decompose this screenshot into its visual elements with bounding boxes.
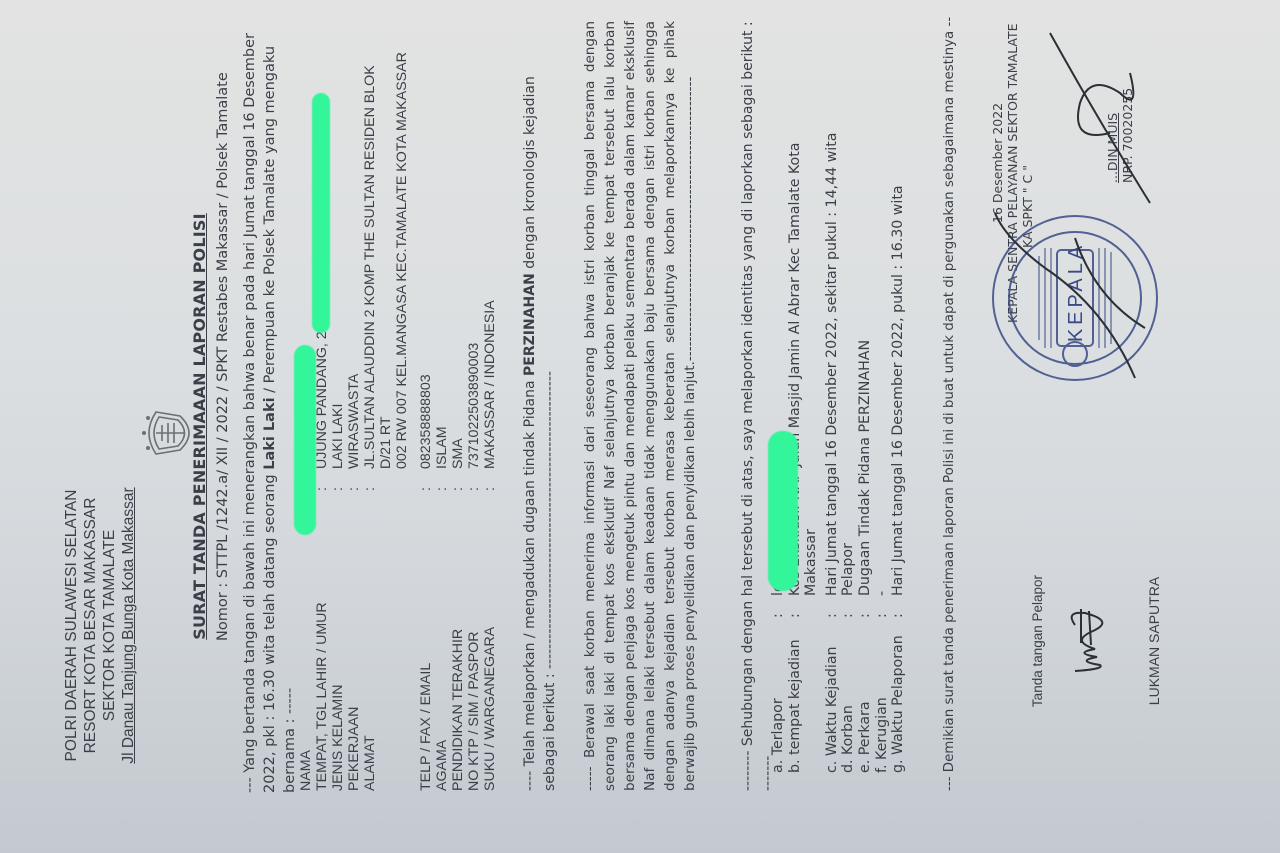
identity-value: JL.SULTAN ALAUDDIN 2 KOMP THE SULTAN RES… bbox=[362, 49, 394, 469]
report-label bbox=[803, 618, 820, 773]
report-row: a. Terlapor:le[redacted] bbox=[770, 76, 787, 773]
identity-sep bbox=[394, 469, 410, 491]
identity-value: LAKI LAKI bbox=[330, 49, 346, 469]
report-sep: : bbox=[890, 596, 907, 618]
identity-value: MAKASSAR / INDONESIA bbox=[482, 49, 498, 469]
report-value: Hari Jumat tanggal 16 Desember 2022, sek… bbox=[824, 76, 841, 596]
reporter-name: LUKMAN SAPUTRA bbox=[1146, 541, 1162, 741]
identity-label: JENIS KELAMIN bbox=[330, 491, 346, 791]
identity-value: SMA bbox=[450, 49, 466, 469]
report-label: b. tempat kejadian bbox=[787, 618, 804, 773]
document-number: Nomor : STTPL /1242.a/ XII / 2022 / SPKT… bbox=[215, 72, 231, 641]
reported-party-table: a. Terlapor:le[redacted]b. tempat kejadi… bbox=[770, 76, 907, 773]
report-sep: : bbox=[787, 596, 804, 618]
police-report-document: POLRI DAERAH SULAWESI SELATAN RESORT KOT… bbox=[0, 0, 1280, 853]
identity-row: AGAMA:ISLAM bbox=[434, 49, 450, 791]
identity-label: PEKERJAAN bbox=[346, 491, 362, 791]
chronology-paragraph: ----- Berawal saat korban menerima infor… bbox=[580, 21, 700, 791]
identity-label: ALAMAT bbox=[362, 491, 394, 791]
identity-row: SUKU / WARGANEGARA:MAKASSAR / INDONESIA bbox=[482, 49, 498, 791]
identity-value: ISLAM bbox=[434, 49, 450, 469]
identity-sep: : bbox=[314, 469, 330, 491]
report-value: Makassar bbox=[803, 76, 820, 596]
identity-sep: : bbox=[330, 469, 346, 491]
report-label: a. Terlapor bbox=[770, 618, 787, 773]
report-sep: : bbox=[824, 596, 841, 618]
letterhead-address: Jl Danau Tanjung Bunga Kota Makassar bbox=[119, 453, 138, 798]
identity-label: TELP / FAX / EMAIL bbox=[418, 491, 434, 791]
officer-signature-icon bbox=[1040, 23, 1160, 213]
letterhead-line-3: SEKTOR KOTA TAMALATE bbox=[100, 453, 119, 798]
redaction-mark-name bbox=[294, 345, 316, 535]
identity-value: 7371022503890003 bbox=[466, 49, 482, 469]
identity-value: 002 RW 007 KEL.MANGASA KEC.TAMALATE KOTA… bbox=[394, 49, 410, 469]
identity-row: PEKERJAAN:WIRASWASTA bbox=[346, 49, 362, 791]
row-gap bbox=[410, 49, 418, 791]
complaint-paragraph: ---- Telah melaporkan / mengadukan dugaa… bbox=[520, 21, 560, 791]
identity-label: AGAMA bbox=[434, 491, 450, 791]
identity-value: 082358888803 bbox=[418, 49, 434, 469]
document-title: SURAT TANDA PENERIMAAAN LAPORAN POLISI bbox=[190, 0, 209, 853]
report-label: f. Kerugian bbox=[874, 618, 891, 773]
intro-paragraph: --- Yang bertanda tangan di bawah ini me… bbox=[240, 23, 300, 793]
identity-label bbox=[394, 491, 410, 791]
identity-sep: : bbox=[346, 469, 362, 491]
identity-row: TELP / FAX / EMAIL:082358888803 bbox=[418, 49, 434, 791]
redaction-mark-birthyear bbox=[312, 93, 330, 333]
identity-label: TEMPAT, TGL LAHIR / UMUR bbox=[314, 491, 330, 791]
identity-value: WIRASWASTA bbox=[346, 49, 362, 469]
official-stamp-icon: KEPALA bbox=[985, 208, 1165, 388]
reporter-signature-block: Tanda tangan Pelapor LUKMAN SAPUTRA bbox=[1030, 541, 1162, 741]
report-row: f. Kerugian:- bbox=[874, 76, 891, 773]
identity-row: ALAMAT:JL.SULTAN ALAUDDIN 2 KOMP THE SUL… bbox=[362, 49, 394, 791]
report-row: c. Waktu Kejadian:Hari Jumat tanggal 16 … bbox=[824, 76, 841, 773]
report-row: b. tempat kejadian:Kos Eksklusif NAF Jal… bbox=[787, 76, 804, 773]
signature-caption: Tanda tangan Pelapor bbox=[1030, 541, 1045, 741]
report-label: g. Waktu Pelaporan bbox=[890, 618, 907, 773]
identity-row: JENIS KELAMIN:LAKI LAKI bbox=[330, 49, 346, 791]
identity-sep: : bbox=[434, 469, 450, 491]
identity-label: PENDIDIKAN TERAKHIR bbox=[450, 491, 466, 791]
closing-statement: --- Demikian surat tanda penerimaan lapo… bbox=[942, 11, 957, 791]
report-row: e. Perkara:Dugaan Tindak Pidana PERZINAH… bbox=[857, 76, 874, 773]
identity-row: NO KTP / SIM / PASPOR:7371022503890003 bbox=[466, 49, 482, 791]
reporter-signature-icon bbox=[1045, 581, 1125, 701]
report-sep: : bbox=[770, 596, 787, 618]
report-label: c. Waktu Kejadian bbox=[824, 618, 841, 773]
report-sep: : bbox=[874, 596, 891, 618]
redaction-mark-reported-party bbox=[768, 431, 798, 591]
report-sep bbox=[803, 596, 820, 618]
report-value: Hari Jumat tanggal 16 Desember 2022, puk… bbox=[890, 76, 907, 596]
letterhead: POLRI DAERAH SULAWESI SELATAN RESORT KOT… bbox=[62, 453, 138, 798]
report-row: Makassar bbox=[803, 76, 820, 773]
report-sep: : bbox=[840, 596, 857, 618]
report-sep: : bbox=[857, 596, 874, 618]
identity-sep: : bbox=[450, 469, 466, 491]
gender-emphasis: Laki Laki bbox=[262, 397, 278, 469]
report-row: g. Waktu Pelaporan:Hari Jumat tanggal 16… bbox=[890, 76, 907, 773]
identity-sep: : bbox=[482, 469, 498, 491]
report-value: Pelapor bbox=[840, 76, 857, 596]
letterhead-line-1: POLRI DAERAH SULAWESI SELATAN bbox=[62, 453, 81, 798]
identity-row: PENDIDIKAN TERAKHIR:SMA bbox=[450, 49, 466, 791]
report-row: d. Korban:Pelapor bbox=[840, 76, 857, 773]
letterhead-line-2: RESORT KOTA BESAR MAKASSAR bbox=[81, 453, 100, 798]
identity-label: SUKU / WARGANEGARA bbox=[482, 491, 498, 791]
identity-label: NO KTP / SIM / PASPOR bbox=[466, 491, 482, 791]
report-value: - bbox=[874, 76, 891, 596]
identity-sep: : bbox=[362, 469, 394, 491]
report-label: e. Perkara bbox=[857, 618, 874, 773]
identity-sep: : bbox=[418, 469, 434, 491]
identity-row: 002 RW 007 KEL.MANGASA KEC.TAMALATE KOTA… bbox=[394, 49, 410, 791]
report-label: d. Korban bbox=[840, 618, 857, 773]
identity-label: NAMA bbox=[298, 491, 314, 791]
offense-emphasis: PERZINAHAN bbox=[522, 273, 538, 376]
report-value: Dugaan Tindak Pidana PERZINAHAN bbox=[857, 76, 874, 596]
identity-sep: : bbox=[466, 469, 482, 491]
